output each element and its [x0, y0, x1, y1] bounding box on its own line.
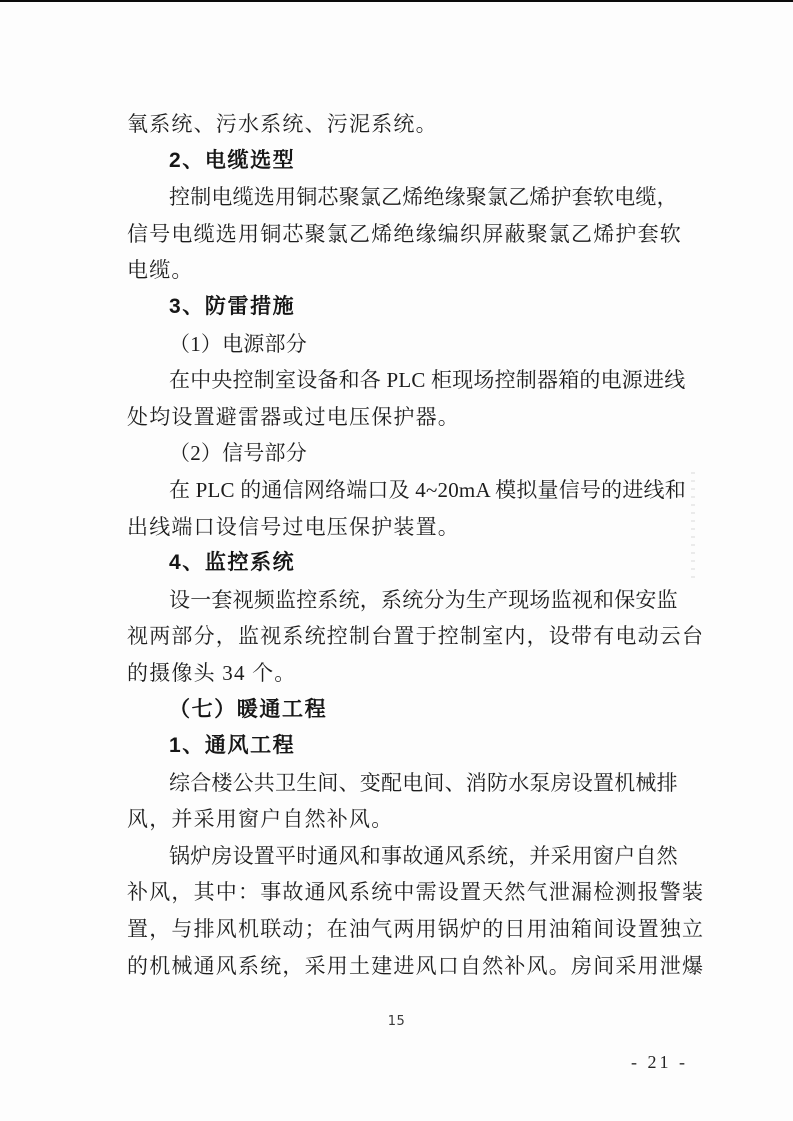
section-heading: （七）暖通工程	[127, 692, 707, 729]
scan-edge-artifact	[0, 0, 793, 2]
section-heading: 3、防雷措施	[127, 289, 707, 326]
text-line: 的摄像头 34 个。	[127, 655, 707, 692]
sub-item-label: （1）电源部分	[127, 326, 707, 363]
text-line: 置，与排风机联动；在油气两用锅炉的日用油箱间设置独立	[127, 911, 707, 948]
text-line: 电缆。	[127, 252, 707, 289]
text-line: 锅炉房设置平时通风和事故通风系统，并采用窗户自然	[127, 838, 707, 875]
text-line: 氧系统、污水系统、污泥系统。	[127, 106, 707, 143]
text-line: 设一套视频监控系统，系统分为生产现场监视和保安监	[127, 582, 707, 619]
text-line: 出线端口设信号过电压保护装置。	[127, 509, 707, 546]
text-line: 的机械通风系统，采用土建进风口自然补风。房间采用泄爆	[127, 948, 707, 985]
sub-item-label: （2）信号部分	[127, 435, 707, 472]
text-line: 处均设置避雷器或过电压保护器。	[127, 399, 707, 436]
scan-smudge-artifact	[691, 472, 695, 580]
text-line: 信号电缆选用铜芯聚氯乙烯绝缘编织屏蔽聚氯乙烯护套软	[127, 216, 707, 253]
section-heading: 2、电缆选型	[127, 143, 707, 180]
text-line: 视两部分，监视系统控制台置于控制室内，设带有电动云台	[127, 618, 707, 655]
text-line: 风，并采用窗户自然补风。	[127, 801, 707, 838]
text-line: 在中央控制室设备和各 PLC 柜现场控制器箱的电源进线	[127, 362, 707, 399]
document-page: 氧系统、污水系统、污泥系统。 2、电缆选型 控制电缆选用铜芯聚氯乙烯绝缘聚氯乙烯…	[0, 0, 793, 1121]
text-line: 控制电缆选用铜芯聚氯乙烯绝缘聚氯乙烯护套软电缆，	[127, 179, 707, 216]
section-heading: 1、通风工程	[127, 728, 707, 765]
inner-page-number: 15	[0, 1014, 793, 1029]
text-line: 在 PLC 的通信网络端口及 4~20mA 模拟量信号的进线和	[127, 472, 707, 509]
page-body: 氧系统、污水系统、污泥系统。 2、电缆选型 控制电缆选用铜芯聚氯乙烯绝缘聚氯乙烯…	[127, 106, 707, 984]
section-heading: 4、监控系统	[127, 545, 707, 582]
text-line: 补风，其中：事故通风系统中需设置天然气泄漏检测报警装	[127, 874, 707, 911]
footer-page-number: - 21 -	[631, 1052, 688, 1073]
text-line: 综合楼公共卫生间、变配电间、消防水泵房设置机械排	[127, 765, 707, 802]
